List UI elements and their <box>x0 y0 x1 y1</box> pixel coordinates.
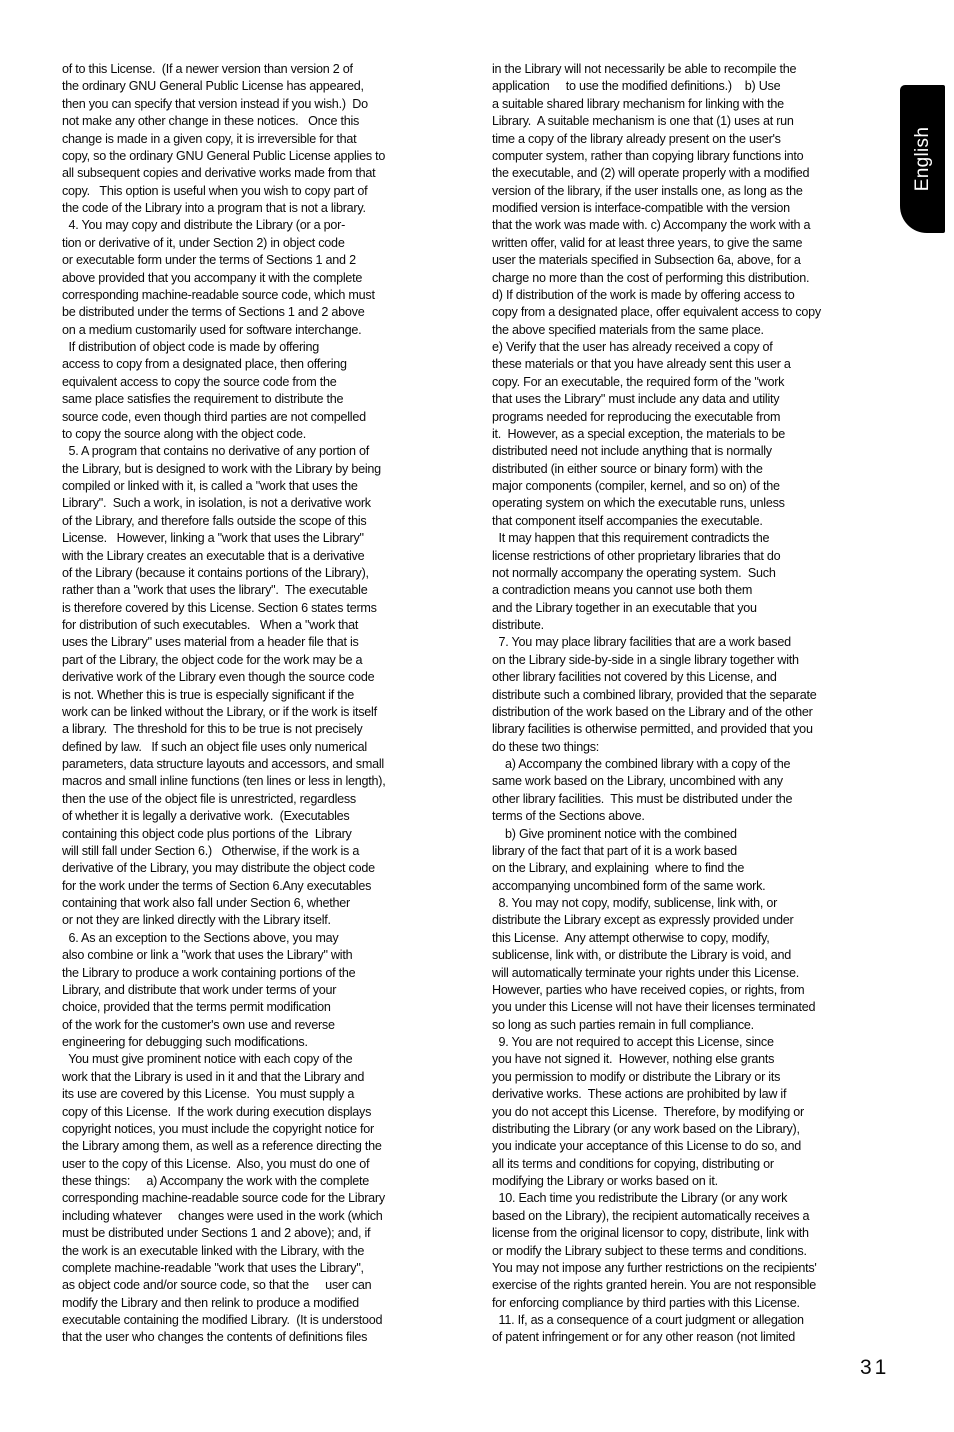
text-line: or modify the Library subject to these t… <box>492 1243 912 1260</box>
text-line: and the Library together in an executabl… <box>492 600 912 617</box>
text-line: a library. The threshold for this to be … <box>62 721 462 738</box>
text-line: then you can specify that version instea… <box>62 96 462 113</box>
text-line: parameters, data structure layouts and a… <box>62 756 462 773</box>
text-line: sublicense, link with, or distribute the… <box>492 947 912 964</box>
text-line: other library facilities. This must be d… <box>492 791 912 808</box>
text-line: choice, provided that the terms permit m… <box>62 999 462 1016</box>
text-line: work can be linked without the Library, … <box>62 704 462 721</box>
text-line: for the work under the terms of Section … <box>62 878 462 895</box>
text-line: terms of the Sections above. <box>492 808 912 825</box>
language-tab-english: English <box>900 85 945 233</box>
text-line: the Library among them, as well as a ref… <box>62 1138 462 1155</box>
text-line: operating system on which the executable… <box>492 495 912 512</box>
text-line: exercise of the rights granted herein. Y… <box>492 1277 912 1294</box>
text-line: will automatically terminate your rights… <box>492 965 912 982</box>
text-line: you permission to modify or distribute t… <box>492 1069 912 1086</box>
text-line: 9. You are not required to accept this L… <box>492 1034 912 1051</box>
text-line: You must give prominent notice with each… <box>62 1051 462 1068</box>
text-line: of to this License. (If a newer version … <box>62 61 462 78</box>
text-line: You may not impose any further restricti… <box>492 1260 912 1277</box>
text-line: for enforcing compliance by third partie… <box>492 1295 912 1312</box>
text-line: the Library, but is designed to work wit… <box>62 461 462 478</box>
license-text-column-right: in the Library will not necessarily be a… <box>492 61 912 1347</box>
text-line: change is made in a given copy, it is ir… <box>62 131 462 148</box>
text-line: the work is an executable linked with th… <box>62 1243 462 1260</box>
license-text-column-left: of to this License. (If a newer version … <box>62 61 462 1347</box>
text-line: with the Library creates an executable t… <box>62 548 462 565</box>
text-line: a contradiction means you cannot use bot… <box>492 582 912 599</box>
text-line: based on the Library), the recipient aut… <box>492 1208 912 1225</box>
text-line: this License. Any attempt otherwise to c… <box>492 930 912 947</box>
text-line: license restrictions of other proprietar… <box>492 548 912 565</box>
text-line: not make any other change in these notic… <box>62 113 462 130</box>
text-line: accompanying uncombined form of the same… <box>492 878 912 895</box>
text-line: that the work was made with. c) Accompan… <box>492 217 912 234</box>
text-line: as object code and/or source code, so th… <box>62 1277 462 1294</box>
language-tab-label: English <box>912 127 934 191</box>
text-line: containing that work also fall under Sec… <box>62 895 462 912</box>
text-line: library of the fact that part of it is a… <box>492 843 912 860</box>
text-line: or not they are linked directly with the… <box>62 912 462 929</box>
text-line: e) Verify that the user has already rece… <box>492 339 912 356</box>
text-line: part of the Library, the object code for… <box>62 652 462 669</box>
text-line: version of the library, if the user inst… <box>492 183 912 200</box>
text-line: Library". Such a work, in isolation, is … <box>62 495 462 512</box>
text-line: copy. This option is useful when you wis… <box>62 183 462 200</box>
text-line: also combine or link a "work that uses t… <box>62 947 462 964</box>
text-line: to copy the source along with the object… <box>62 426 462 443</box>
text-line: time a copy of the library already prese… <box>492 131 912 148</box>
text-line: distribute the Library except as express… <box>492 912 912 929</box>
text-line: charge no more than the cost of performi… <box>492 270 912 287</box>
text-line: source code, even though third parties a… <box>62 409 462 426</box>
text-line: be distributed under the terms of Sectio… <box>62 304 462 321</box>
text-line: a) Accompany the combined library with a… <box>492 756 912 773</box>
manual-license-page: of to this License. (If a newer version … <box>0 0 954 1432</box>
text-line: copy from a designated place, offer equi… <box>492 304 912 321</box>
text-line: uses the Library" uses material from a h… <box>62 634 462 651</box>
text-line: or executable form under the terms of Se… <box>62 252 462 269</box>
text-line: you have not signed it. However, nothing… <box>492 1051 912 1068</box>
text-line: b) Give prominent notice with the combin… <box>492 826 912 843</box>
text-line: on a medium customarily used for softwar… <box>62 322 462 339</box>
text-line: Library, and distribute that work under … <box>62 982 462 999</box>
text-line: all subsequent copies and derivative wor… <box>62 165 462 182</box>
text-line: the executable, and (2) will operate pro… <box>492 165 912 182</box>
text-line: that component itself accompanies the ex… <box>492 513 912 530</box>
text-line: computer system, rather than copying lib… <box>492 148 912 165</box>
text-line: not normally accompany the operating sys… <box>492 565 912 582</box>
text-line: same work based on the Library, uncombin… <box>492 773 912 790</box>
text-line: 8. You may not copy, modify, sublicense,… <box>492 895 912 912</box>
text-line: on the Library, and explaining where to … <box>492 860 912 877</box>
text-line: will still fall under Section 6.) Otherw… <box>62 843 462 860</box>
text-line: tion or derivative of it, under Section … <box>62 235 462 252</box>
text-line: of the Library, and therefore falls outs… <box>62 513 462 530</box>
text-line: corresponding machine-readable source co… <box>62 1190 462 1207</box>
text-line: If distribution of object code is made b… <box>62 339 462 356</box>
text-line: 10. Each time you redistribute the Libra… <box>492 1190 912 1207</box>
page-number: 31 <box>860 1356 889 1380</box>
text-line: in the Library will not necessarily be a… <box>492 61 912 78</box>
text-line: 6. As an exception to the Sections above… <box>62 930 462 947</box>
text-line: distribute such a combined library, prov… <box>492 687 912 704</box>
text-line: you indicate your acceptance of this Lic… <box>492 1138 912 1155</box>
text-line: modifying the Library or works based on … <box>492 1173 912 1190</box>
text-line: other library facilities not covered by … <box>492 669 912 686</box>
text-line: copy of this License. If the work during… <box>62 1104 462 1121</box>
text-line: distributed (in either source or binary … <box>492 461 912 478</box>
text-line: distributed need not include anything th… <box>492 443 912 460</box>
text-line: application to use the modified definiti… <box>492 78 912 95</box>
text-line: it. However, as a special exception, the… <box>492 426 912 443</box>
text-line: copy, so the ordinary GNU General Public… <box>62 148 462 165</box>
text-line: containing this object code plus portion… <box>62 826 462 843</box>
text-line: on the Library side-by-side in a single … <box>492 652 912 669</box>
text-line: derivative of the Library, you may distr… <box>62 860 462 877</box>
text-line: so long as such parties remain in full c… <box>492 1017 912 1034</box>
text-line: then the use of the object file is unres… <box>62 791 462 808</box>
text-line: license from the original licensor to co… <box>492 1225 912 1242</box>
text-line: for distribution of such executables. Wh… <box>62 617 462 634</box>
text-line: copyright notices, you must include the … <box>62 1121 462 1138</box>
text-line: derivative works. These actions are proh… <box>492 1086 912 1103</box>
text-line: its use are covered by this License. You… <box>62 1086 462 1103</box>
text-line: major components (compiler, kernel, and … <box>492 478 912 495</box>
text-line: distribution of the work based on the Li… <box>492 704 912 721</box>
text-line: It may happen that this requirement cont… <box>492 530 912 547</box>
text-line: the ordinary GNU General Public License … <box>62 78 462 95</box>
text-line: 7. You may place library facilities that… <box>492 634 912 651</box>
text-line: License. However, linking a "work that u… <box>62 530 462 547</box>
text-line: 5. A program that contains no derivative… <box>62 443 462 460</box>
text-line: defined by law. If such an object file u… <box>62 739 462 756</box>
text-line: do these two things: <box>492 739 912 756</box>
text-line: the Library to produce a work containing… <box>62 965 462 982</box>
text-line: of patent infringement or for any other … <box>492 1329 912 1346</box>
text-line: is not. Whether this is true is especial… <box>62 687 462 704</box>
text-line: user to the copy of this License. Also, … <box>62 1156 462 1173</box>
text-line: the code of the Library into a program t… <box>62 200 462 217</box>
text-line: corresponding machine-readable source co… <box>62 287 462 304</box>
text-line: you under this License will not have the… <box>492 999 912 1016</box>
text-line: 4. You may copy and distribute the Libra… <box>62 217 462 234</box>
text-line: programs needed for reproducing the exec… <box>492 409 912 426</box>
text-line: of the work for the customer's own use a… <box>62 1017 462 1034</box>
text-line: above provided that you accompany it wit… <box>62 270 462 287</box>
text-line: complete machine-readable "work that use… <box>62 1260 462 1277</box>
text-line: distribute. <box>492 617 912 634</box>
text-line: rather than a "work that uses the librar… <box>62 582 462 599</box>
text-line: modify the Library and then relink to pr… <box>62 1295 462 1312</box>
text-line: macros and small inline functions (ten l… <box>62 773 462 790</box>
text-line: that uses the Library" must include any … <box>492 391 912 408</box>
text-line: access to copy from a designated place, … <box>62 356 462 373</box>
text-line: d) If distribution of the work is made b… <box>492 287 912 304</box>
text-line: derivative work of the Library even thou… <box>62 669 462 686</box>
text-line: these things: a) Accompany the work with… <box>62 1173 462 1190</box>
text-line: executable containing the modified Libra… <box>62 1312 462 1329</box>
text-line: However, parties who have received copie… <box>492 982 912 999</box>
text-line: Library. A suitable mechanism is one tha… <box>492 113 912 130</box>
text-line: these materials or that you have already… <box>492 356 912 373</box>
text-line: all its terms and conditions for copying… <box>492 1156 912 1173</box>
text-line: must be distributed under Sections 1 and… <box>62 1225 462 1242</box>
text-line: copy. For an executable, the required fo… <box>492 374 912 391</box>
text-line: equivalent access to copy the source cod… <box>62 374 462 391</box>
text-line: work that the Library is used in it and … <box>62 1069 462 1086</box>
text-line: user the materials specified in Subsecti… <box>492 252 912 269</box>
text-line: you do not accept this License. Therefor… <box>492 1104 912 1121</box>
text-line: 11. If, as a consequence of a court judg… <box>492 1312 912 1329</box>
text-line: of the Library (because it contains port… <box>62 565 462 582</box>
text-line: that the user who changes the contents o… <box>62 1329 462 1346</box>
text-line: same place satisfies the requirement to … <box>62 391 462 408</box>
text-line: compiled or linked with it, is called a … <box>62 478 462 495</box>
text-line: written offer, valid for at least three … <box>492 235 912 252</box>
text-line: distributing the Library (or any work ba… <box>492 1121 912 1138</box>
text-line: of whether it is legally a derivative wo… <box>62 808 462 825</box>
text-line: is therefore covered by this License. Se… <box>62 600 462 617</box>
text-line: a suitable shared library mechanism for … <box>492 96 912 113</box>
text-line: modified version is interface-compatible… <box>492 200 912 217</box>
text-line: engineering for debugging such modificat… <box>62 1034 462 1051</box>
text-line: library facilities is otherwise permitte… <box>492 721 912 738</box>
text-line: including whatever changes were used in … <box>62 1208 462 1225</box>
text-line: the above specified materials from the s… <box>492 322 912 339</box>
